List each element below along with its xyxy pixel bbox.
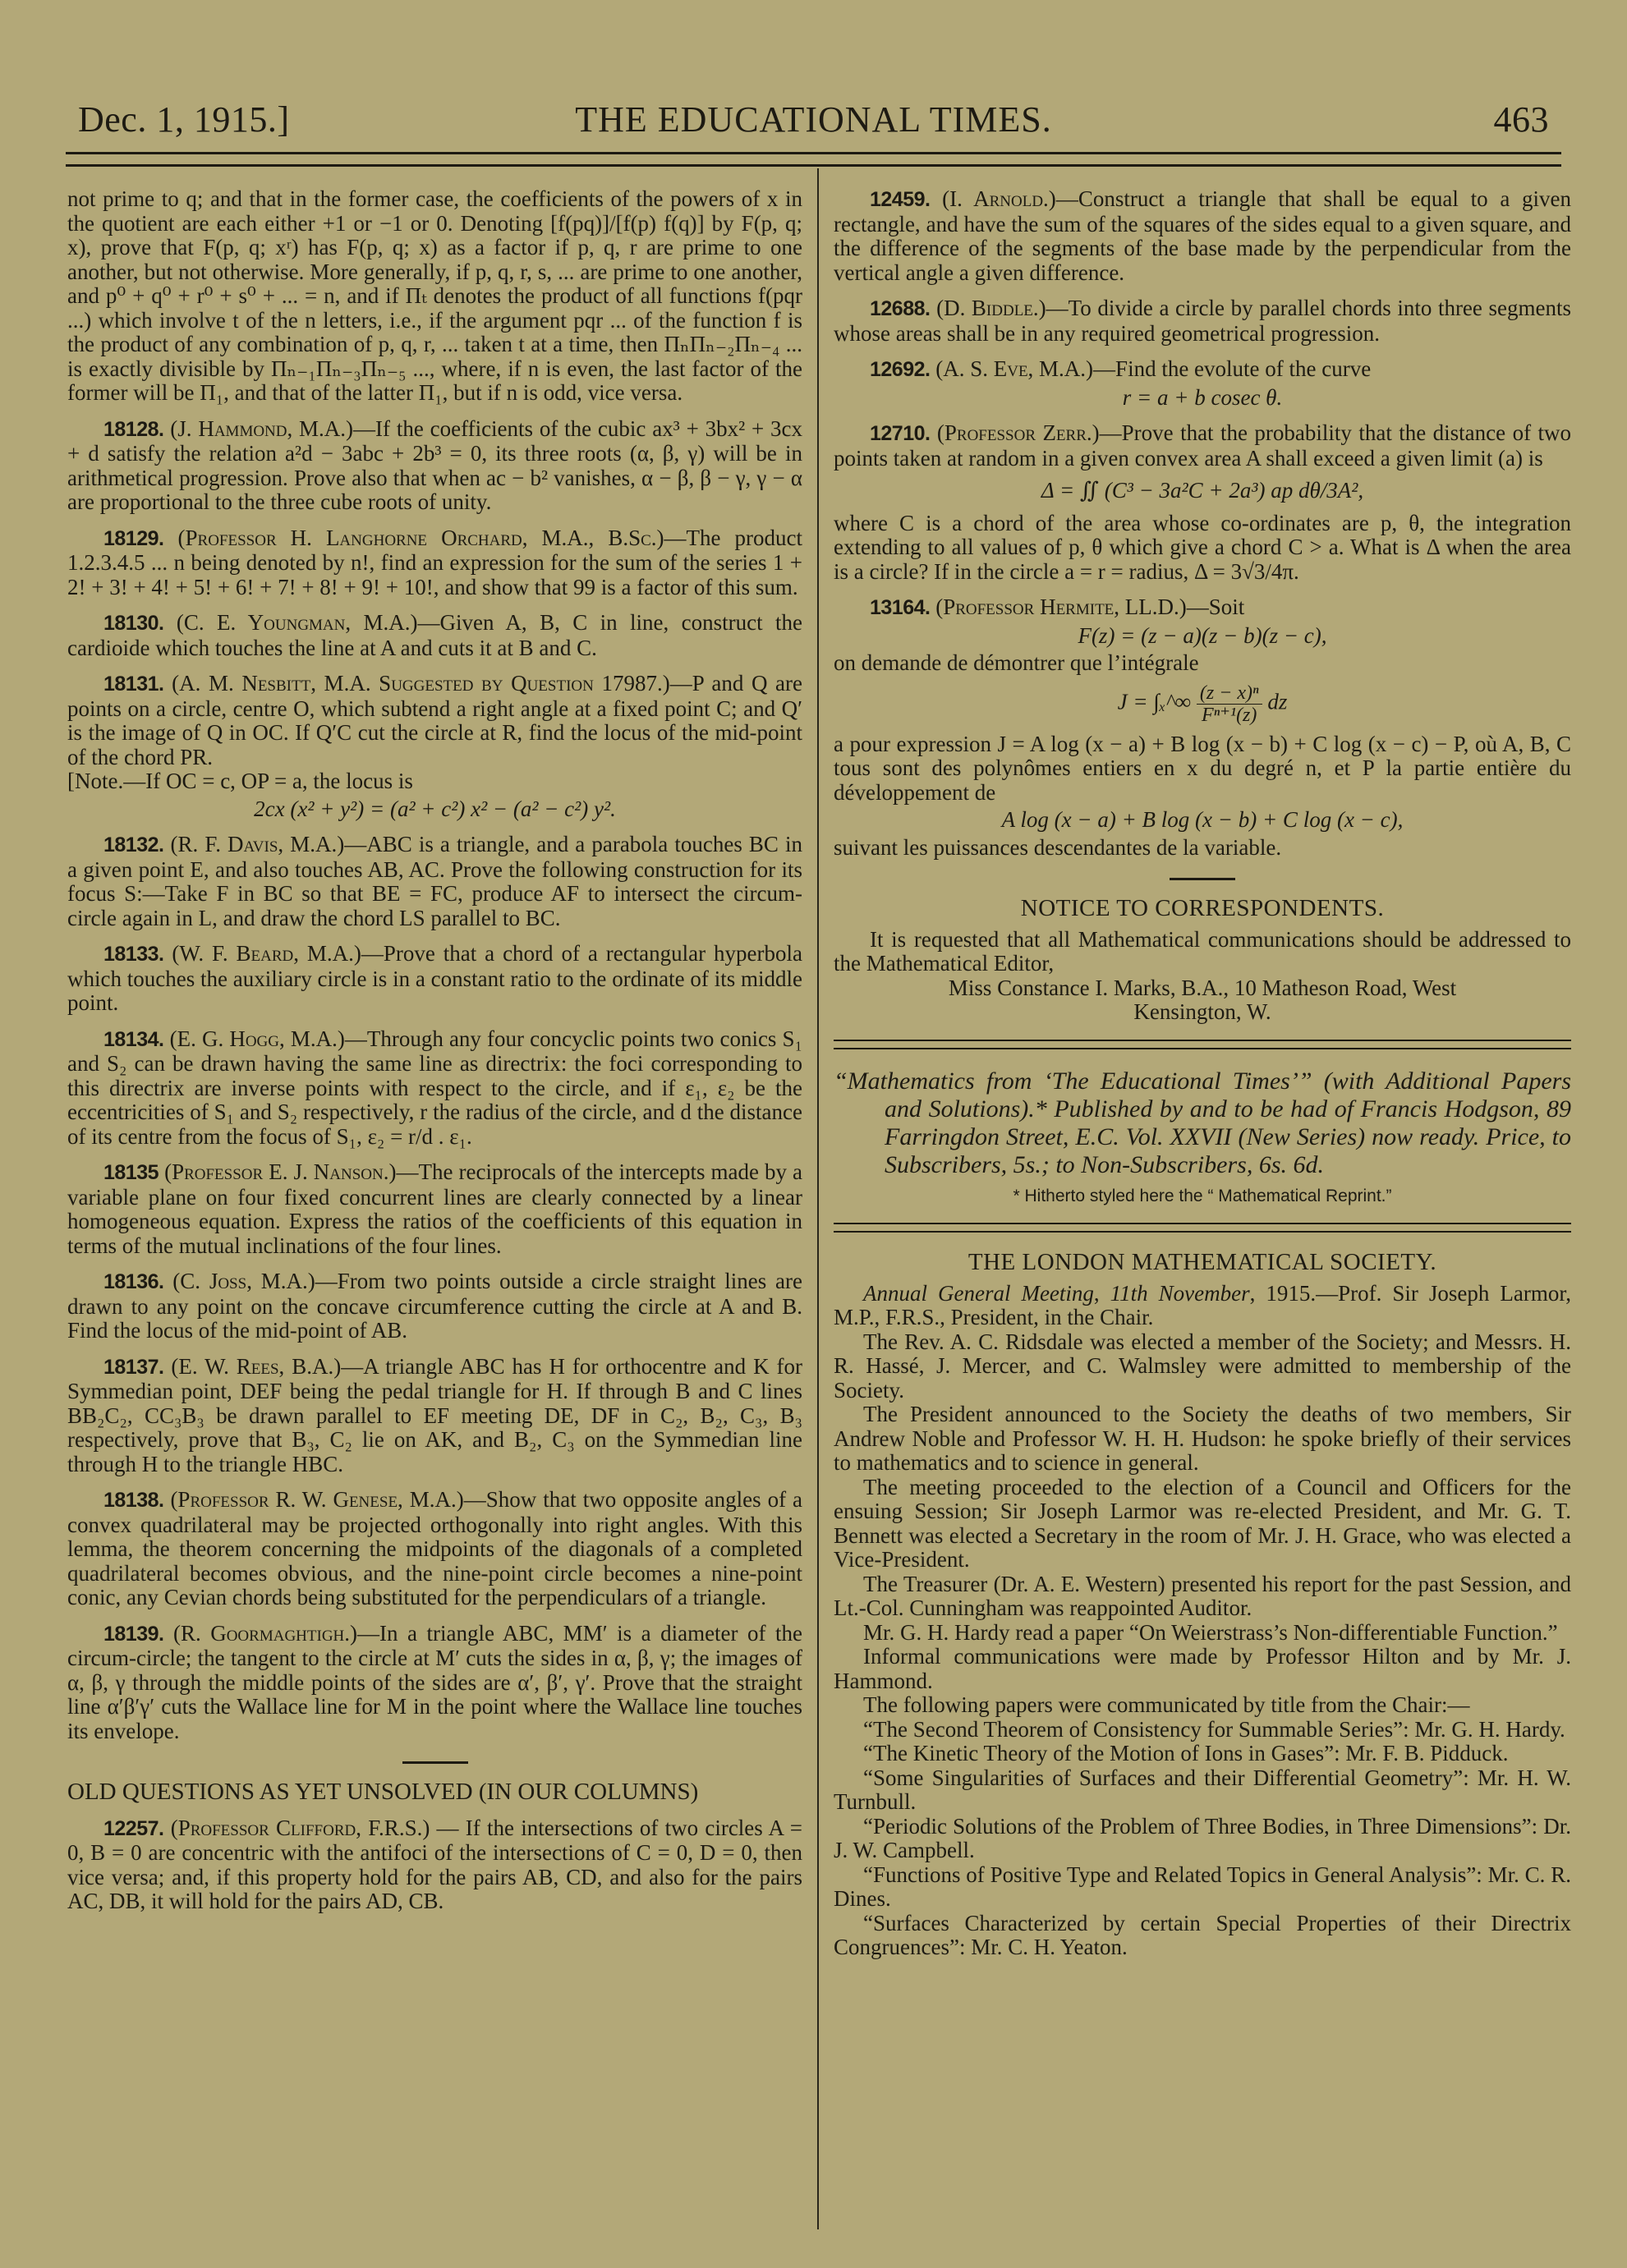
running-head: Dec. 1, 1915.] THE EDUCATIONAL TIMES. 46… xyxy=(78,99,1549,148)
integral-equation: J = ∫ₓ^∞ (z − x)ⁿ Fⁿ⁺¹(z) dz xyxy=(834,682,1571,726)
question-author: (Professor Zerr.) xyxy=(937,420,1100,445)
locus-equation: 2cx (x² + y²) = (a² + c²) x² − (a² − c²)… xyxy=(67,797,802,822)
question-12692: 12692. (A. S. Eve, M.A.)—Find the evolut… xyxy=(834,357,1571,410)
question-18133: 18133. (W. F. Beard, M.A.)—Prove that a … xyxy=(67,942,802,1016)
question-number: 12692. xyxy=(870,358,930,381)
question-text-continued: suivant les puissances descendantes de l… xyxy=(834,836,1571,861)
paper-item: “Surfaces Characterized by certain Speci… xyxy=(834,1912,1571,1960)
evolute-equation: r = a + b cosec θ. xyxy=(834,386,1571,411)
question-text-continued: a pour expression J = A log (x − a) + B … xyxy=(834,732,1571,806)
address-line-2: Kensington, W. xyxy=(1133,999,1271,1024)
question-number: 18133. xyxy=(103,943,163,966)
question-number: 13164. xyxy=(870,596,930,619)
editor-address: Miss Constance I. Marks, B.A., 10 Mathes… xyxy=(834,976,1571,1025)
question-number: 18132. xyxy=(103,833,163,856)
integral-fraction: (z − x)ⁿ Fⁿ⁺¹(z) xyxy=(1197,682,1262,726)
function-definition: F(z) = (z − a)(z − b)(z − c), xyxy=(834,624,1571,649)
lms-section: THE LONDON MATHEMATICAL SOCIETY. Annual … xyxy=(834,1251,1571,1960)
question-18136: 18136. (C. Joss, M.A.)—From two points o… xyxy=(67,1269,802,1343)
question-author: (R. Goormaghtigh.) xyxy=(173,1621,357,1646)
question-number: 18134. xyxy=(103,1028,163,1051)
question-18134: 18134. (E. G. Hogg, M.A.)—Through any fo… xyxy=(67,1027,802,1150)
header-double-rule xyxy=(66,152,1561,167)
question-author: (D. Biddle.) xyxy=(936,296,1046,320)
lms-heading: THE LONDON MATHEMATICAL SOCIETY. xyxy=(834,1251,1571,1275)
question-number: 12710. xyxy=(870,422,930,445)
address-line-1: Miss Constance I. Marks, B.A., 10 Mathes… xyxy=(949,976,1456,1000)
question-author: (Professor E. J. Nanson.) xyxy=(164,1159,396,1184)
question-text-continued: on demande de démontrer que l’intégrale xyxy=(834,651,1571,676)
paper-item: “Functions of Positive Type and Related … xyxy=(834,1863,1571,1912)
question-18135: 18135 (Professor E. J. Nanson.)—The reci… xyxy=(67,1160,802,1258)
notice-heading: NOTICE TO CORRESPONDENTS. xyxy=(834,897,1571,921)
question-12459: 12459. (I. Arnold.)—Construct a triangle… xyxy=(834,187,1571,285)
paper-item: “The Second Theorem of Consistency for S… xyxy=(834,1718,1571,1742)
fraction-denominator: Fⁿ⁺¹(z) xyxy=(1197,705,1262,726)
integral-lhs: J = ∫ₓ^∞ xyxy=(1118,689,1191,714)
lms-paragraph: The Treasurer (Dr. A. E. Western) presen… xyxy=(834,1572,1571,1621)
advertisement: “Mathematics from ‘The Educational Times… xyxy=(834,1067,1571,1209)
old-questions-heading: OLD QUESTIONS AS YET UNSOLVED (IN OUR CO… xyxy=(67,1780,802,1805)
lms-meeting: Annual General Meeting, 11th November, 1… xyxy=(834,1282,1571,1330)
question-18131: 18131. (A. M. Nesbitt, M.A. Suggested by… xyxy=(67,672,802,821)
advertisement-footnote: * Hitherto styled here the “ Mathematica… xyxy=(834,1184,1571,1209)
question-note: [Note.—If OC = c, OP = a, the locus is xyxy=(67,769,802,794)
question-number: 12688. xyxy=(870,297,930,320)
question-number: 12257. xyxy=(103,1817,163,1840)
question-number: 18128. xyxy=(103,418,163,441)
integral-differential: dz xyxy=(1267,689,1287,714)
question-12688: 12688. (D. Biddle.)—To divide a circle b… xyxy=(834,296,1571,346)
fraction-numerator: (z − x)ⁿ xyxy=(1197,682,1262,705)
right-column: 12459. (I. Arnold.)—Construct a triangle… xyxy=(834,187,1571,1960)
question-number: 18131. xyxy=(103,673,163,696)
question-18129: 18129. (Professor H. Langhorne Orchard, … xyxy=(67,526,802,600)
question-text-continued: where C is a chord of the area whose co-… xyxy=(834,512,1571,585)
continuation-text: not prime to q; and that in the former c… xyxy=(67,187,802,406)
notice-body: It is requested that all Mathematical co… xyxy=(834,928,1571,976)
papers-list: “The Second Theorem of Consistency for S… xyxy=(834,1718,1571,1960)
section-separator xyxy=(1170,878,1235,880)
probability-integral: Δ = ∬ (C³ − 3a²C + 2a³) ap dθ/3A², xyxy=(834,479,1571,503)
question-author: (C. E. Youngman, M.A.) xyxy=(177,610,418,635)
advertisement-body: “Mathematics from ‘The Educational Times… xyxy=(834,1067,1571,1178)
question-12710: 12710. (Professor Zerr.)—Prove that the … xyxy=(834,421,1571,584)
question-number: 18129. xyxy=(103,527,163,550)
paper-item: “The Kinetic Theory of the Motion of Ion… xyxy=(834,1742,1571,1766)
question-text: —Soit xyxy=(1187,595,1245,619)
question-author: (C. Joss, M.A.) xyxy=(172,1269,315,1293)
lms-paragraph: Informal communications were made by Pro… xyxy=(834,1645,1571,1693)
question-author: (I. Arnold.) xyxy=(942,186,1056,211)
question-author: (J. Hammond, M.A.) xyxy=(170,416,353,441)
question-author: (W. F. Beard, M.A.) xyxy=(172,941,361,966)
journal-title: THE EDUCATIONAL TIMES. xyxy=(78,99,1549,140)
lms-paragraph: Mr. G. H. Hardy read a paper “On Weierst… xyxy=(834,1621,1571,1646)
question-number: 18139. xyxy=(103,1623,163,1646)
paper-item: “Some Singularities of Surfaces and thei… xyxy=(834,1766,1571,1815)
page-number: 463 xyxy=(1494,99,1550,140)
question-18128: 18128. (J. Hammond, M.A.)—If the coeffic… xyxy=(67,417,802,515)
question-author: (E. G. Hogg, M.A.) xyxy=(170,1026,345,1051)
question-number: 12459. xyxy=(870,188,930,211)
question-author: (Professor Clifford, F.R.S.) xyxy=(171,1816,430,1840)
journal-page: Dec. 1, 1915.] THE EDUCATIONAL TIMES. 46… xyxy=(0,0,1627,2268)
notice-section: NOTICE TO CORRESPONDENTS. It is requeste… xyxy=(834,897,1571,1025)
double-rule xyxy=(834,1223,1571,1233)
lms-paragraph: The meeting proceeded to the election of… xyxy=(834,1476,1571,1572)
question-author: (Professor R. W. Genese, M.A.) xyxy=(170,1487,463,1512)
question-number: 18138. xyxy=(103,1489,163,1512)
section-separator xyxy=(402,1761,468,1764)
question-number: 18136. xyxy=(103,1270,163,1293)
advertisement-text: “Mathematics from ‘The Educational Times… xyxy=(834,1067,1571,1179)
question-18139: 18139. (R. Goormaghtigh.)—In a triangle … xyxy=(67,1622,802,1744)
question-12257: 12257. (Professor Clifford, F.R.S.) — If… xyxy=(67,1816,802,1914)
paper-item: “Periodic Solutions of the Problem of Th… xyxy=(834,1815,1571,1863)
meeting-type: Annual General Meeting xyxy=(863,1281,1094,1306)
left-column: not prime to q; and that in the former c… xyxy=(67,187,802,1914)
question-author: (A. M. Nesbitt, M.A. Suggested by Questi… xyxy=(172,671,670,696)
question-text: —Find the evolute of the curve xyxy=(1093,356,1371,381)
lms-paragraph: The Rev. A. C. Ridsdale was elected a me… xyxy=(834,1330,1571,1403)
question-author: (Professor H. Langhorne Orchard, M.A., B… xyxy=(178,526,664,550)
question-author: (R. F. Davis, M.A.) xyxy=(171,832,345,856)
lms-paragraph: The President announced to the Society t… xyxy=(834,1403,1571,1476)
question-18132: 18132. (R. F. Davis, M.A.)—ABC is a tria… xyxy=(67,833,802,930)
question-author: (E. W. Rees, B.A.) xyxy=(171,1354,341,1379)
question-18137: 18137. (E. W. Rees, B.A.)—A triangle ABC… xyxy=(67,1355,802,1477)
column-divider xyxy=(817,168,819,2229)
question-13164: 13164. (Professor Hermite, LL.D.)—Soit F… xyxy=(834,595,1571,860)
question-18138: 18138. (Professor R. W. Genese, M.A.)—Sh… xyxy=(67,1488,802,1610)
lms-paragraph: The following papers were communicated b… xyxy=(834,1693,1571,1718)
question-author: (A. S. Eve, M.A.) xyxy=(935,356,1093,381)
question-number: 18135 xyxy=(103,1161,159,1184)
double-rule xyxy=(834,1040,1571,1049)
question-18130: 18130. (C. E. Youngman, M.A.)—Given A, B… xyxy=(67,611,802,660)
question-number: 18137. xyxy=(103,1356,163,1379)
meeting-date: 11th November xyxy=(1110,1281,1250,1306)
question-number: 18130. xyxy=(103,612,163,635)
question-author: (Professor Hermite, LL.D.) xyxy=(935,595,1187,619)
log-expression: A log (x − a) + B log (x − b) + C log (x… xyxy=(834,808,1571,833)
